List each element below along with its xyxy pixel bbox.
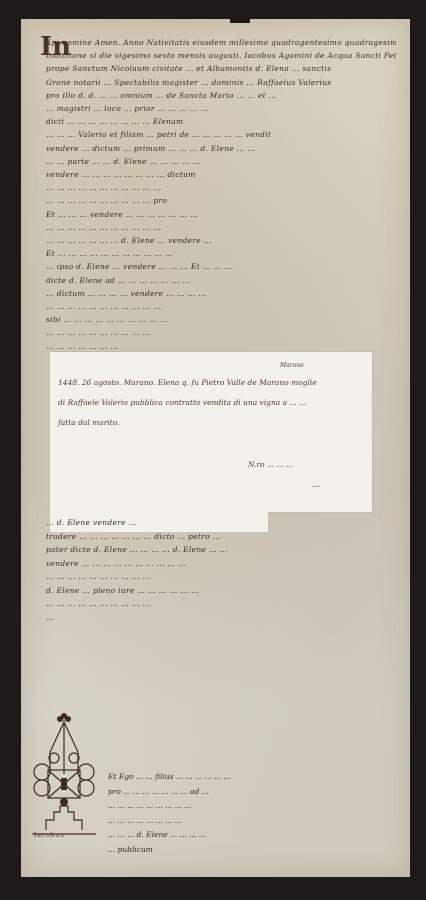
manuscript-line: vendere ... ... ... ... ... ... ... ... … — [46, 557, 396, 570]
manuscript-line: ... magistri ... loco ... prior ... ... … — [46, 102, 396, 115]
manuscript-line: pro ... ... ... ... ... ... ... ad ... — [108, 787, 209, 796]
manuscript-line: Et Ego ... ... filius ... ... ... ... ..… — [108, 772, 231, 781]
manuscript-line: indictione xi die vigesimo sexto mensis … — [46, 49, 396, 62]
note-line-2: di Raffaele Valerio pubblica contratto v… — [58, 398, 306, 407]
manuscript-line: ... ... ... ... ... ... ... — [46, 340, 396, 353]
manuscript-line: ... publicum — [108, 845, 153, 854]
note-corner-label: Marano — [280, 362, 304, 369]
manuscript-line: ... — [46, 611, 396, 624]
note-line-1: 1448. 26 agosto. Marano. Elena q. fu Pie… — [58, 378, 317, 387]
manuscript-line: ... d. Elene vendere ... — [46, 516, 396, 529]
manuscript-line: prope Sanctum Nicolaum civitate ... et A… — [46, 62, 396, 75]
manuscript-line: pro illo d. d. ... ... omnium ... de San… — [46, 89, 396, 102]
manuscript-line: ... ... parte ... ... d. Elene ... ... .… — [46, 155, 396, 168]
manuscript-line: vendere ... dictum ... primum ... ... ..… — [46, 142, 396, 155]
manuscript-line: Et ... ... ... ... ... ... ... ... ... .… — [46, 247, 396, 260]
manuscript-line: dicti ... ... ... ... ... ... ... ... El… — [46, 115, 396, 128]
manuscript-line: ... ... ... ... ... ... ... ... ... ... … — [46, 221, 396, 234]
notarial-sign-icon — [28, 712, 100, 842]
manuscript-line: d. Elene ... pleno iure ... ... ... ... … — [46, 584, 396, 597]
parchment-tear — [230, 19, 250, 23]
manuscript-line: ... ... ... ... ... ... ... ... ... ... — [46, 597, 396, 610]
manuscript-line: Et ... ... ... vendere ... ... ... ... .… — [46, 208, 396, 221]
manuscript-line: ... ... ... d. Elene ... ... ... ... — [108, 830, 206, 839]
manuscript-line: dicte d. Elene ad ... ... ... ... ... ..… — [46, 274, 396, 287]
manuscript-line: ... ... ... ... ... ... ... ... — [108, 816, 182, 825]
manuscript-line: ... ... ... ... ... ... ... ... ... ... … — [46, 300, 396, 313]
manuscript-line: ... ... ... ... ... ... ... ... ... ... — [46, 570, 396, 583]
note-line-3: fatta dal marito. — [58, 418, 120, 427]
note-signature-2: ... — [312, 480, 321, 490]
archival-note: Marano 1448. 26 agosto. Marano. Elena q.… — [50, 352, 372, 512]
manuscript-line: ... ... ... ... ... ... ... ... ... ... … — [46, 194, 396, 207]
manuscript-line: vendere ... ... ... ... ... ... ... ... … — [46, 168, 396, 181]
note-signature-1: N.ro ... ... ... — [248, 460, 293, 469]
manuscript-line: ... ... ... ... ... ... ... ... ... ... — [46, 326, 396, 339]
manuscript-line: tradere ... ... ... ... ... ... ... dict… — [46, 530, 396, 543]
manuscript-line: ... ipso d. Elene ... vendere ... ... ..… — [46, 260, 396, 273]
manuscript-line: Xpi nomine Amen. Anno Nativitatis eiusde… — [46, 36, 396, 49]
notarial-sign-label: Iacobus — [34, 832, 65, 839]
manuscript-line: ... ... ... ... ... ... ... ... ... — [108, 801, 191, 810]
manuscript-line: pater dicte d. Elene ... ... ... ... d. … — [46, 543, 396, 556]
manuscript-line: ... ... ... ... ... ... ... ... ... ... … — [46, 181, 396, 194]
manuscript-line: sibi ... ... ... ... ... ... ... ... ...… — [46, 313, 396, 326]
manuscript-line: Grone notarii ... Spectabilis magister .… — [46, 76, 396, 89]
manuscript-line: ... ... ... Valerio et filiam ... petri … — [46, 128, 396, 141]
manuscript-line: ... ... ... ... ... ... ... d. Elene ...… — [46, 234, 396, 247]
manuscript-line: ... dictum ... ... ... ... vendere ... .… — [46, 287, 396, 300]
